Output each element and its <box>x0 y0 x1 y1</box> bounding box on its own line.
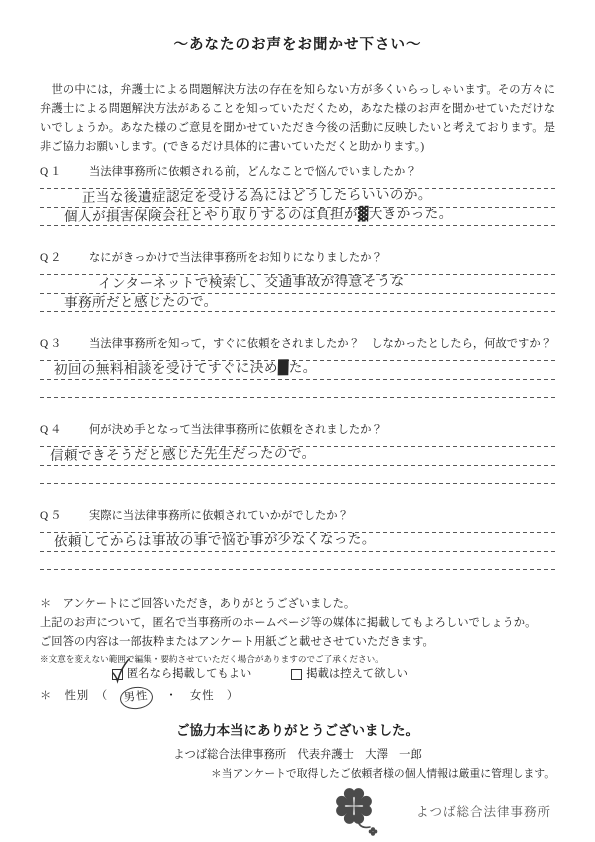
page-title: ～あなたのお声をお聞かせ下さい～ <box>40 36 555 55</box>
answer-row: 依頼してからは事故の事で悩む事が少なくなった。 <box>40 533 555 551</box>
option-decline: 掲載は控えて欲しい <box>291 665 408 684</box>
answer-row: インターネットで検索し、交通事故が得意そうな <box>40 275 555 293</box>
firm-signature: よつば総合法律事務所 代表弁護士 大澤 一郎 <box>40 747 555 763</box>
publication-options: 匿名なら掲載してもよい 掲載は控えて欲しい <box>40 666 555 683</box>
gender-suffix: ） <box>215 690 240 702</box>
intro-paragraph: 世の中には，弁護士による問題解決方法の存在を知らない方が多くいらっしゃいます。そ… <box>40 81 555 165</box>
question-text: 当法律事務所に依頼される前，どんなことで悩んでいましたか？ <box>89 165 555 180</box>
handwritten-answer-line: 個人が損害保険会社とやり取りするのは負担が▓大きかった。 <box>64 205 453 225</box>
gender-row: ＊ 性別 （ 男性 ・ 女性 ） <box>40 686 555 708</box>
checkbox-decline <box>291 669 302 680</box>
handwritten-check-icon <box>109 656 131 684</box>
firm-logo-row: よつば総合法律事務所 <box>40 786 555 836</box>
answer-area: インターネットで検索し、交通事故が得意そうな 事務所だと感じたので。 <box>40 274 555 312</box>
consent-thanks-line: ＊ アンケートにご回答いただき，ありがとうございました。 <box>40 595 555 614</box>
consent-ask-line: 上記のお声について，匿名で当事務所のホームページ等の媒体に掲載してもよろしいでし… <box>40 614 555 633</box>
gender-prefix: ＊ 性別 （ <box>40 690 120 702</box>
handwritten-answer-line: 依頼してからは事故の事で悩む事が少なくなった。 <box>54 531 376 551</box>
answer-area: 初回の無料相談を受けてすぐに決め█た。 <box>40 360 555 398</box>
question-number: Q３ <box>40 337 89 352</box>
answer-row: 信頼できそうだと感じた先生だったので。 <box>40 447 555 465</box>
firm-logo-text: よつば総合法律事務所 <box>416 802 551 820</box>
question-block-4: Q４ 何が決め手となって当法律事務所に依頼をされましたか？ 信頼できそうだと感じ… <box>40 423 555 509</box>
question-text: 当法律事務所を知って，すぐに依頼をされましたか？ しなかったとしたら，何故ですか… <box>89 337 555 352</box>
question-block-2: Q２ なにがきっかけで当法律事務所をお知りになりましたか？ インターネットで検索… <box>40 251 555 337</box>
handwritten-answer-line: 事務所だと感じたので。 <box>64 293 218 311</box>
question-row: Q１ 当法律事務所に依頼される前，どんなことで悩んでいましたか？ <box>40 165 555 180</box>
closing-section: ご協力本当にありがとうございました。 よつば総合法律事務所 代表弁護士 大澤 一… <box>40 722 555 836</box>
privacy-note: ＊当アンケートで取得したご依頼者様の個人情報は厳重に管理します。 <box>40 767 555 782</box>
question-row: Q４ 何が決め手となって当法律事務所に依頼をされましたか？ <box>40 423 555 438</box>
four-leaf-clover-icon <box>332 786 378 836</box>
question-number: Q５ <box>40 509 89 524</box>
question-block-3: Q３ 当法律事務所を知って，すぐに依頼をされましたか？ しなかったとしたら，何故… <box>40 337 555 423</box>
answer-area: 依頼してからは事故の事で悩む事が少なくなった。 <box>40 532 555 570</box>
question-number: Q１ <box>40 165 89 180</box>
answer-rule-line <box>40 397 555 398</box>
answer-row: 個人が損害保険会社とやり取りするのは負担が▓大きかった。 <box>40 208 555 226</box>
answer-rule-line <box>40 569 555 570</box>
consent-section: ＊ アンケートにご回答いただき，ありがとうございました。 上記のお声について，匿… <box>40 595 555 708</box>
question-row: Q２ なにがきっかけで当法律事務所をお知りになりましたか？ <box>40 251 555 266</box>
handwritten-answer-line: 正当な後遺症認定を受ける為にはどうしたらいいのか。 <box>82 187 432 207</box>
question-number: Q２ <box>40 251 89 266</box>
question-row: Q３ 当法律事務所を知って，すぐに依頼をされましたか？ しなかったとしたら，何故… <box>40 337 555 352</box>
answer-row <box>40 380 555 398</box>
consent-detail-line: ご回答の内容は一部抜粋またはアンケート用紙ごと載せさせていただきます。 <box>40 633 555 652</box>
answer-area: 信頼できそうだと感じた先生だったので。 <box>40 446 555 484</box>
option-anonymous-ok: 匿名なら掲載してもよい <box>112 665 251 684</box>
answer-row: 初回の無料相談を受けてすぐに決め█た。 <box>40 361 555 379</box>
gender-female: 女性 <box>190 690 215 702</box>
answer-area: 正当な後遺症認定を受ける為にはどうしたらいいのか。 個人が損害保険会社とやり取り… <box>40 188 555 226</box>
question-text: 何が決め手となって当法律事務所に依頼をされましたか？ <box>89 423 555 438</box>
question-text: なにがきっかけで当法律事務所をお知りになりましたか？ <box>89 251 555 266</box>
answer-row: 事務所だと感じたので。 <box>40 294 555 312</box>
answer-row <box>40 466 555 484</box>
questionnaire-page: ～あなたのお声をお聞かせ下さい～ 世の中には，弁護士による問題解決方法の存在を知… <box>0 0 595 842</box>
question-text: 実際に当法律事務所に依頼されていかがでしたか？ <box>89 509 555 524</box>
answer-rule-line <box>40 483 555 484</box>
handwritten-answer-line: 信頼できそうだと感じた先生だったので。 <box>50 446 316 465</box>
question-number: Q４ <box>40 423 89 438</box>
gender-separator: ・ <box>153 690 190 702</box>
option-anonymous-ok-label: 匿名なら掲載してもよい <box>127 665 251 684</box>
handwritten-answer-line: インターネットで検索し、交通事故が得意そうな <box>98 273 405 293</box>
handwritten-answer-line: 初回の無料相談を受けてすぐに決め█た。 <box>54 360 317 379</box>
gender-male-circled: 男性 <box>119 685 154 710</box>
answer-row <box>40 552 555 570</box>
question-block-5: Q５ 実際に当法律事務所に依頼されていかがでしたか？ 依頼してからは事故の事で悩… <box>40 509 555 595</box>
question-block-1: Q１ 当法律事務所に依頼される前，どんなことで悩んでいましたか？ 正当な後遺症認… <box>40 165 555 251</box>
question-row: Q５ 実際に当法律事務所に依頼されていかがでしたか？ <box>40 509 555 524</box>
question-list: Q１ 当法律事務所に依頼される前，どんなことで悩んでいましたか？ 正当な後遺症認… <box>40 165 555 595</box>
closing-thanks: ご協力本当にありがとうございました。 <box>40 722 555 740</box>
option-decline-label: 掲載は控えて欲しい <box>306 665 408 684</box>
answer-row: 正当な後遺症認定を受ける為にはどうしたらいいのか。 <box>40 189 555 207</box>
checkbox-anonymous-ok <box>112 669 123 680</box>
